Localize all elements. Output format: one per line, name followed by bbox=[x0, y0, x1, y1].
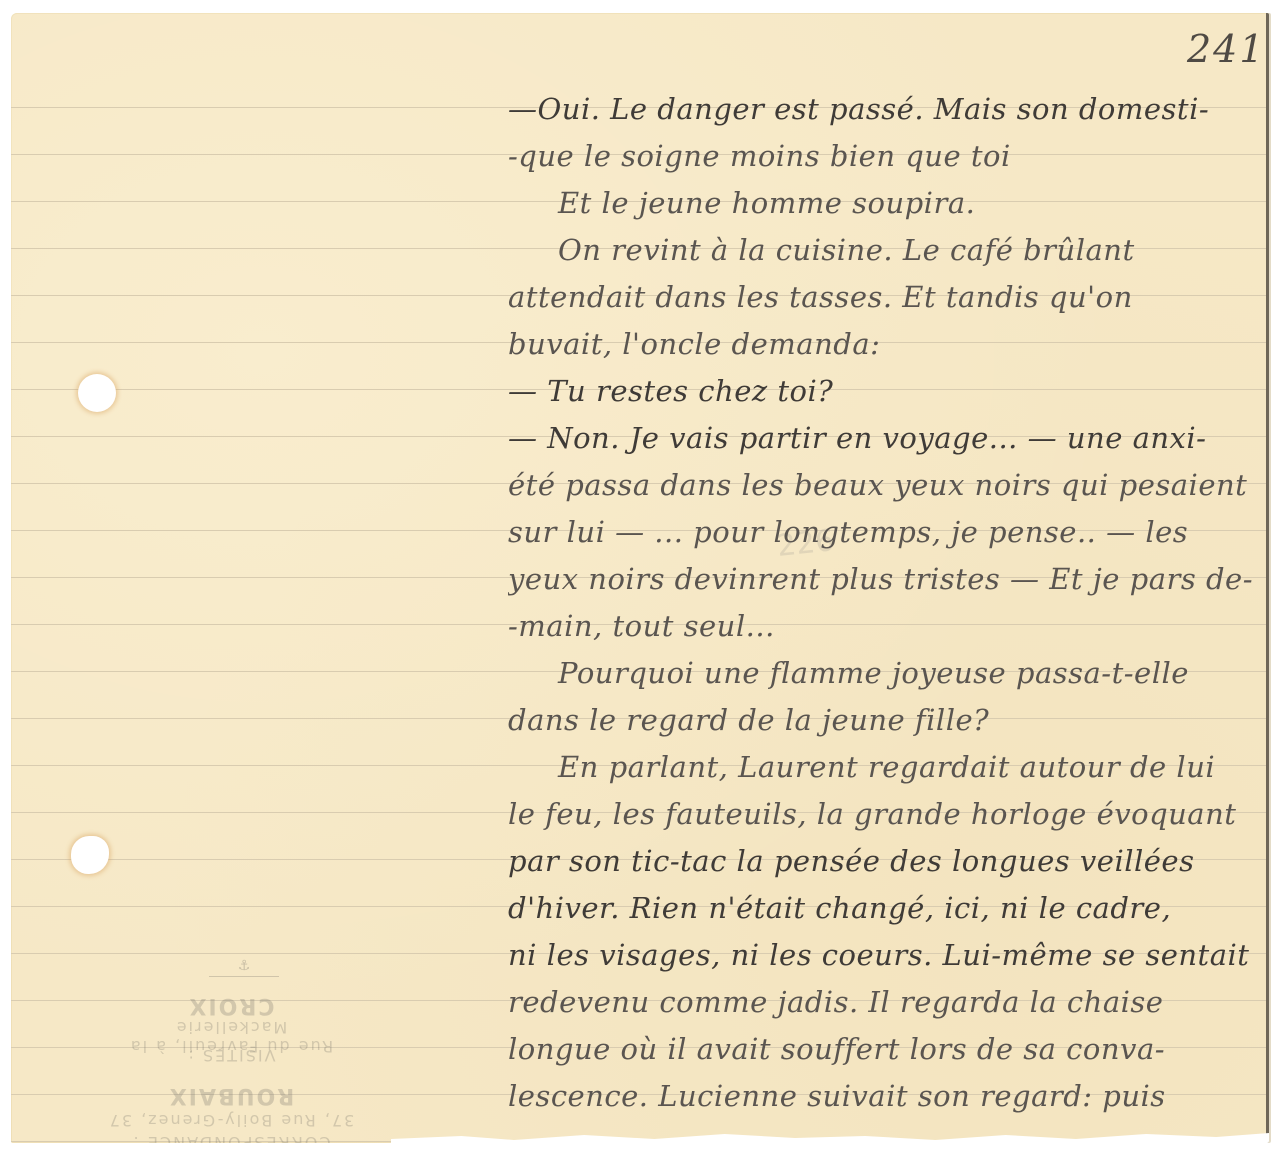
handwriting-line-8: — Non. Je vais partir en voyage... — une… bbox=[508, 421, 1268, 455]
letterhead-roubaix-address: 37, Rue Boily-Grenez, 37 bbox=[71, 1111, 391, 1130]
handwriting-line-11: yeux noirs devinrent plus tristes — Et j… bbox=[508, 562, 1268, 596]
letterhead-visites: VISITES : bbox=[71, 1046, 391, 1065]
handwriting-line-15: En parlant, Laurent regardait autour de … bbox=[508, 750, 1268, 784]
handwriting-line-13: Pourquoi une flamme joyeuse passa-t-elle bbox=[508, 656, 1268, 690]
letterhead-correspondance: CORRESPONDANCE : bbox=[71, 1133, 391, 1143]
handwriting-line-21: longue où il avait souffert lors de sa c… bbox=[508, 1032, 1268, 1066]
handwriting-line-12: -main, tout seul... bbox=[508, 609, 1268, 643]
handwriting-line-6: buvait, l'oncle demanda: bbox=[508, 327, 1268, 361]
handwriting-line-4: On revint à la cuisine. Le café brûlant bbox=[508, 233, 1268, 267]
handwriting-line-2: -que le soigne moins bien que toi bbox=[508, 139, 1268, 173]
handwriting-line-17: par son tic-tac la pensée des longues ve… bbox=[508, 844, 1268, 878]
handwriting-line-18: d'hiver. Rien n'était changé, ici, ni le… bbox=[508, 891, 1268, 925]
handwriting-line-5: attendait dans les tasses. Et tandis qu'… bbox=[508, 280, 1268, 314]
manuscript-page: ⚓ CROIX Rue du Favreuil, à la Mackelleri… bbox=[11, 13, 1269, 1143]
punch-hole-top bbox=[78, 374, 116, 412]
handwriting-line-22: lescence. Lucienne suivait son regard: p… bbox=[508, 1079, 1268, 1113]
anchor-emblem-icon: ⚓ bbox=[209, 958, 279, 977]
punch-hole-bottom bbox=[71, 836, 109, 874]
handwriting-line-3: Et le jeune homme soupira. bbox=[508, 186, 1268, 220]
handwriting-line-19: ni les visages, ni les coeurs. Lui-même … bbox=[508, 938, 1268, 972]
handwriting-line-20: redevenu comme jadis. Il regarda la chai… bbox=[508, 985, 1268, 1019]
handwriting-line-7: — Tu restes chez toi? bbox=[508, 374, 1268, 408]
page-number: 241 bbox=[1187, 27, 1266, 71]
handwriting-line-10: sur lui — ... pour longtemps, je pense..… bbox=[508, 515, 1268, 549]
letterhead-roubaix: ROUBAIX bbox=[71, 1083, 391, 1108]
torn-bottom-edge bbox=[391, 1133, 1269, 1143]
handwriting-line-9: été passa dans les beaux yeux noirs qui … bbox=[508, 468, 1268, 502]
handwriting-line-16: le feu, les fauteuils, la grande horloge… bbox=[508, 797, 1268, 831]
handwriting-line-14: dans le regard de la jeune fille? bbox=[508, 703, 1268, 737]
page-right-edge bbox=[1266, 13, 1269, 1143]
letterhead-croix: CROIX bbox=[71, 993, 391, 1018]
handwriting-line-1: —Oui. Le danger est passé. Mais son dome… bbox=[508, 92, 1268, 126]
